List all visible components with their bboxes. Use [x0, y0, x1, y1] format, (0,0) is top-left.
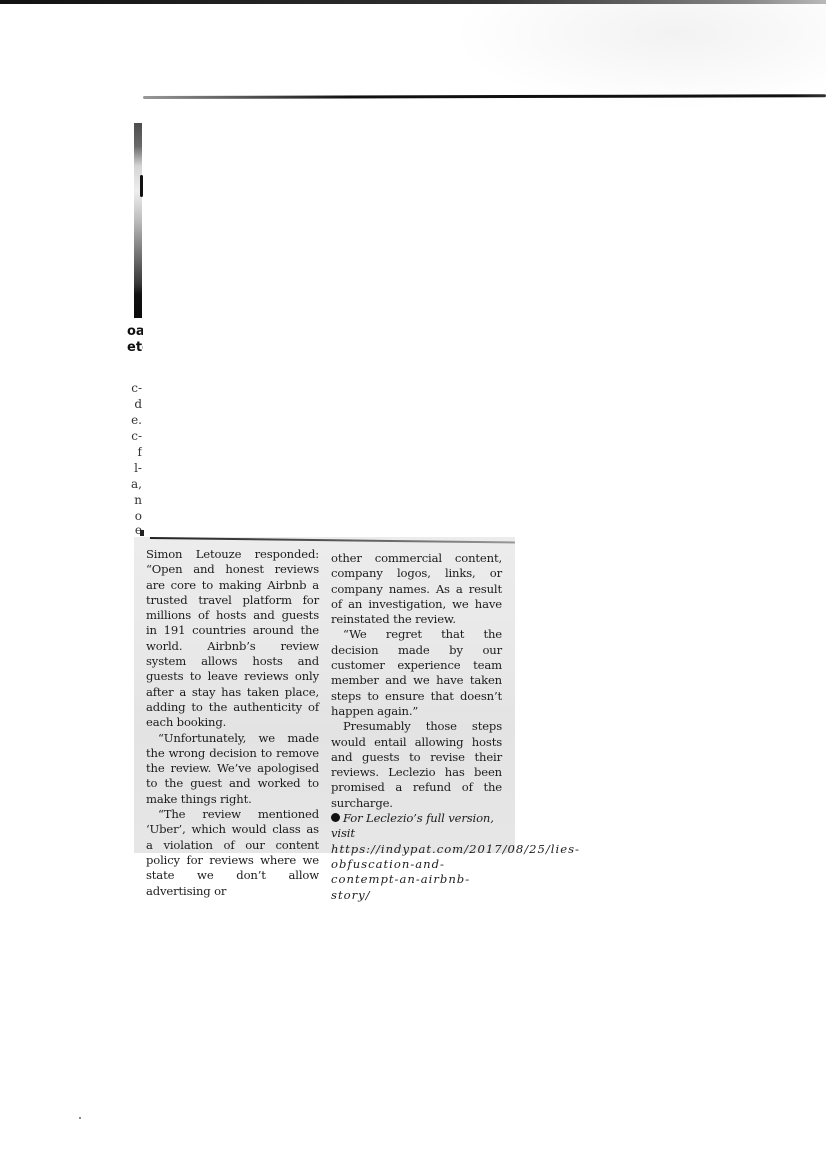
footnote-url: https://indypat.com/2017/08/25/lies-obfu…: [331, 842, 580, 902]
article-paragraph: “We regret that the decision made by our…: [331, 627, 502, 719]
article-paragraph: “Unfortunately, we made the wrong decisi…: [146, 731, 319, 807]
adjacent-photo-fragment: [134, 123, 142, 318]
article-paragraph: “The review mentioned ‘Uber’, which woul…: [146, 807, 319, 899]
adjacent-body-fragment: a,: [122, 476, 142, 492]
scan-speck: [79, 1117, 81, 1119]
adjacent-body-fragment: f: [122, 444, 142, 460]
bullet-icon: [331, 813, 340, 822]
adjacent-headline-fragment: oai: [127, 324, 143, 340]
adjacent-body-fragment: e: [122, 522, 142, 538]
article-paragraph: Presumably those steps would entail allo…: [331, 719, 502, 811]
adjacent-body-fragment: e.: [122, 412, 142, 428]
article-column-left: Simon Letouze responded: “Open and hones…: [146, 547, 319, 899]
article-footnote: For Leclezio’s full version, visit https…: [331, 811, 502, 903]
adjacent-body-fragment: d: [122, 396, 142, 412]
adjacent-body-fragment: n: [122, 492, 142, 508]
adjacent-body-fragment: c-: [122, 380, 142, 396]
adjacent-photo-detail: [140, 175, 143, 197]
adjacent-headline-fragment: ete: [127, 340, 143, 356]
adjacent-body-fragment: c-: [122, 428, 142, 444]
adjacent-body-fragment: l-: [122, 460, 142, 476]
article-paragraph: Simon Letouze responded: “Open and hones…: [146, 547, 319, 731]
footnote-lead: For Leclezio’s full version, visit: [331, 811, 494, 840]
article-paragraph: other commercial content, company logos,…: [331, 551, 502, 627]
adjacent-column-rule: [140, 530, 144, 536]
article-column-right: other commercial content, company logos,…: [331, 551, 502, 903]
